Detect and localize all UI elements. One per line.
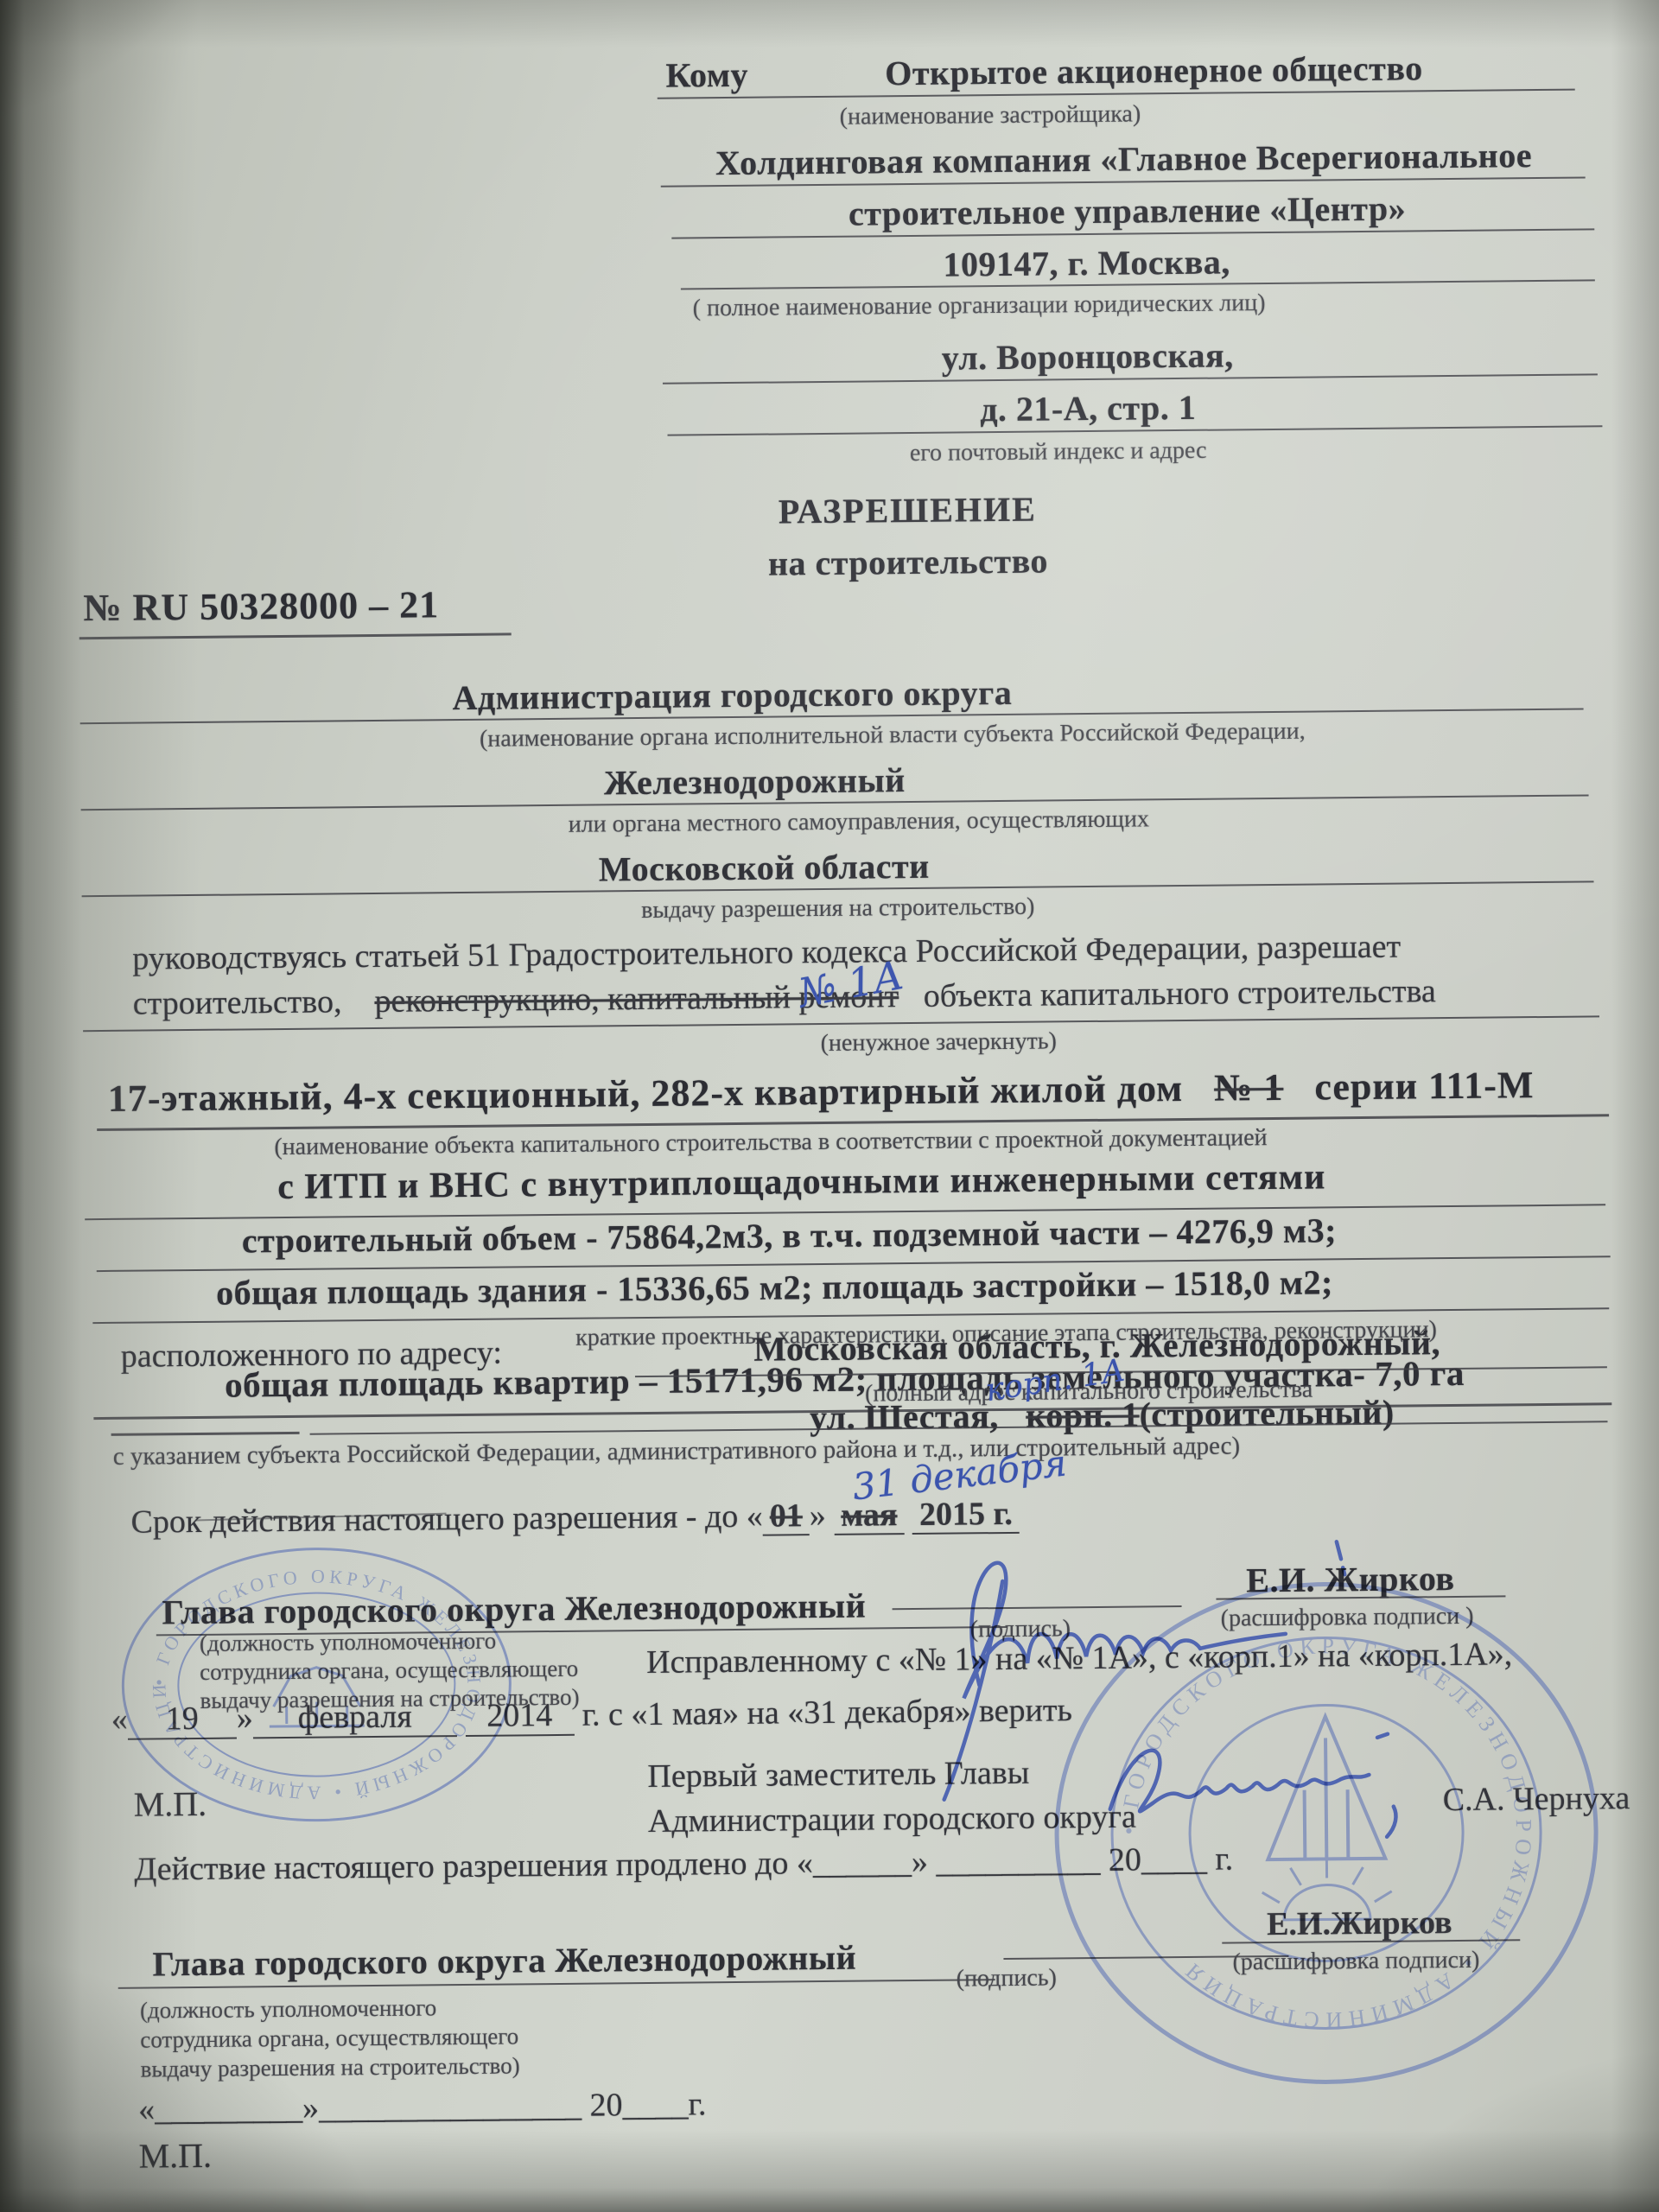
street-struck: корп. 1 xyxy=(1026,1395,1140,1434)
address-street-line: ул. Шестая, корп. 1(строительный) xyxy=(639,1390,1564,1440)
object-line: 17-этажный, 4-х секционный, 282-х кварти… xyxy=(108,1063,1535,1121)
address-block: расположенного по адресу: Московская обл… xyxy=(0,0,1646,1)
corr-day: 19 xyxy=(128,1700,237,1740)
sign2-hint: (подпись) xyxy=(957,1964,1058,1993)
issuer-block: Администрация городского округа (наимено… xyxy=(0,0,1646,1)
to-value: Открытое акционерное общество xyxy=(765,47,1542,95)
sign1-name: Е.И. Жирков xyxy=(1246,1558,1455,1600)
doc-number: № RU 50328000 – 21 xyxy=(83,582,439,630)
address-hint2: с указанием субъекта Российской Федераци… xyxy=(113,1432,1241,1471)
prolong-year20: 20 xyxy=(1109,1841,1141,1878)
sign2-position: Глава городского округа Железнодорожный xyxy=(152,1937,856,1985)
issuer-line1: Администрация городского округа xyxy=(79,669,1384,721)
prolong-blank1: ______ xyxy=(813,1844,912,1881)
document-photo: Кому Открытое акционерное общество (наим… xyxy=(0,0,1659,2212)
signature-chernukha xyxy=(1092,1724,1439,1857)
object-name: 17-этажный, 4-х секционный, 282-х кварти… xyxy=(108,1067,1184,1120)
prolong-g: г. xyxy=(1215,1840,1233,1877)
street-post: (строительный) xyxy=(1139,1393,1395,1434)
company-hint: ( полное наименование организации юридич… xyxy=(560,289,1398,324)
to-hint: (наименование застройщика) xyxy=(766,100,1215,132)
company-line1: Холдинговая компания «Главное Всерегиона… xyxy=(660,134,1586,183)
issuer-hint1: (наименование органа исполнительной влас… xyxy=(322,716,1463,755)
signature-line xyxy=(893,1605,1182,1610)
object-hint: (наименование объекта капитального строи… xyxy=(274,1124,1267,1161)
validity-quote: » xyxy=(810,1497,826,1534)
street-pre: ул. Шестая, xyxy=(810,1396,999,1437)
issuer-hint2: или органа местного самоуправления, осущ… xyxy=(375,804,1343,841)
correction-line2: «19»февраля 2014 г. с «1 мая» на «31 дек… xyxy=(111,1691,1073,1740)
form-line xyxy=(79,632,512,639)
prolong-line: Действие настоящего разрешения продлено … xyxy=(134,1840,1233,1888)
deputy-line2: Администрации городского округа xyxy=(648,1798,1136,1840)
sign2-duty-hint2: сотрудника органа, осуществляющего xyxy=(140,2023,518,2053)
street-line: ул. Воронцовская, xyxy=(698,333,1476,381)
prolong-blank3: ____ xyxy=(1141,1841,1207,1878)
itp-line: с ИТП и ВНС с внутриплощадочными инженер… xyxy=(93,1154,1510,1210)
issuer-line2: Железнодорожный xyxy=(80,754,1428,808)
permit-intro: руководствуясь статьей 51 Градостроитель… xyxy=(132,928,1401,978)
issuer-line3: Московской области xyxy=(81,841,1446,894)
sign1-position: Глава городского округа Железнодорожный xyxy=(162,1586,866,1633)
kind-allowed: строительство, xyxy=(133,983,342,1021)
corr-quote-open: « xyxy=(111,1701,128,1738)
sign2-name: Е.И.Жирков xyxy=(1267,1904,1452,1943)
kind-hint: (ненужное зачеркнуть) xyxy=(770,1027,1107,1058)
issuer-hint3: выдачу разрешения на строительство) xyxy=(397,891,1279,927)
sign2-date-line: «_________»________________ 20____г. xyxy=(138,2085,707,2128)
validity-block: 31 декабря Срок действия настоящего разр… xyxy=(0,0,1646,1)
prolong-close: » xyxy=(912,1844,928,1880)
sign2-duty-hint1: (должность уполномоченного xyxy=(140,1994,437,2024)
prolong-pre: Действие настоящего разрешения продлено … xyxy=(134,1845,813,1888)
doc-title-line2: на строительство xyxy=(649,539,1167,585)
company-line2: строительное управление «Центр» xyxy=(663,186,1592,235)
address-hint: его почтовый индекс и адрес xyxy=(812,436,1305,468)
validity-day-struck: 01 xyxy=(763,1497,810,1536)
doc-title-line1: РАЗРЕШЕНИЕ xyxy=(648,487,1166,533)
sign1-duty-hint1: (должность уполномоченного xyxy=(200,1628,497,1657)
corr-tail: г. с «1 мая» на «31 декабря» верить xyxy=(582,1692,1073,1732)
paper-sheet: Кому Открытое акционерное общество (наим… xyxy=(0,0,1659,2212)
corr-month: февраля xyxy=(253,1697,457,1738)
permit-kind-line: строительство, реконструкцию, капитальны… xyxy=(133,972,1436,1022)
kind-tail: объекта капитального строительства xyxy=(924,973,1436,1014)
corr-quote-close: » xyxy=(237,1700,253,1736)
correction-block: Исправленному с «№ 1» на «№ 1А», с «корп… xyxy=(0,0,1646,1)
form-line xyxy=(111,1432,300,1436)
stamp-emblem-viaduct xyxy=(1267,1716,1386,1859)
object-tail: серии 111-М xyxy=(1314,1064,1535,1108)
to-label: Кому xyxy=(665,54,748,96)
correction-line1: Исправленному с «№ 1» на «№ 1А», с «корп… xyxy=(646,1635,1512,1681)
sign1-duty-hint2: сотрудника органа, осуществляющего xyxy=(200,1656,578,1686)
building-line: д. 21-А, стр. 1 xyxy=(699,385,1477,433)
header-block: Кому Открытое акционерное общество (наим… xyxy=(0,0,1646,1)
permit-block: руководствуясь статьей 51 Градостроитель… xyxy=(0,0,1646,1)
prolong-blank2: __________ xyxy=(936,1842,1100,1880)
mp2-label: М.П. xyxy=(138,2135,212,2177)
signature-block-1: Глава городского округа Железнодорожный … xyxy=(0,0,1646,1)
signature-block-2: Глава городского округа Железнодорожный … xyxy=(0,0,1646,1)
prolongation-block: Действие настоящего разрешения продлено … xyxy=(0,0,1646,1)
deputy-name: С.А. Чернуха xyxy=(1442,1779,1630,1819)
validity-year: 2015 г. xyxy=(912,1496,1020,1535)
sign1-name-hint: (расшифровка подписи ) xyxy=(1221,1603,1474,1633)
address-label: расположенного по адресу: xyxy=(120,1334,502,1376)
sign2-name-hint: (расшифровка подписи) xyxy=(1232,1947,1479,1977)
title-block: РАЗРЕШЕНИЕ на строительство № RU 5032800… xyxy=(0,0,1646,1)
sign2-duty-hint3: выдачу разрешения на строительство) xyxy=(140,2052,519,2082)
city-line: 109147, г. Москва, xyxy=(697,239,1475,288)
corr-year: 2014 xyxy=(465,1696,574,1737)
object-struck: № 1 xyxy=(1214,1066,1284,1109)
mp1-label: М.П. xyxy=(133,1783,207,1825)
deputy-line1: Первый заместитель Главы xyxy=(647,1754,1029,1796)
